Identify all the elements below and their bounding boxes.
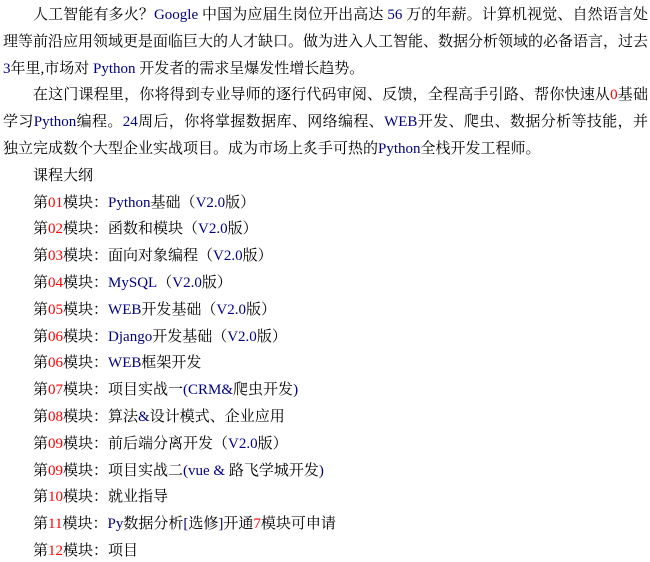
text-run: 模块：	[63, 275, 108, 291]
highlight-number: 03	[48, 248, 63, 264]
latin-text-run: &	[138, 409, 150, 425]
latin-text-run: V2.0	[228, 436, 258, 452]
highlight-number: 05	[48, 302, 63, 318]
text-run: 爬虫开发	[233, 382, 293, 398]
text-run: 周后，你将掌握数据库、网络编程、	[138, 114, 384, 130]
text-run: 第	[33, 275, 48, 291]
latin-text-run: Python	[93, 61, 136, 77]
highlight-number: 11	[48, 516, 62, 532]
latin-text-run: V2.0	[213, 248, 243, 264]
text-run: 第	[33, 302, 48, 318]
module-line-02: 第02模块：函数和模块（V2.0版）	[3, 216, 648, 243]
text-run: 模块可申请	[261, 516, 336, 532]
latin-text-run: Python	[108, 195, 151, 211]
module-line-10: 第10模块：就业指导	[3, 484, 648, 511]
module-line-09b: 第09模块：项目实战二(vue & 路飞学城开发)	[3, 458, 648, 485]
text-run: 数据分析	[123, 516, 183, 532]
highlight-number: 07	[48, 382, 63, 398]
latin-text-run: WEB	[108, 302, 141, 318]
latin-text-run: 3	[3, 61, 11, 77]
latin-text-run: Python	[378, 141, 421, 157]
text-run: 第	[33, 516, 48, 532]
text-run: 版）	[228, 221, 258, 237]
module-line-09a: 第09模块：前后端分离开发（V2.0版）	[3, 431, 648, 458]
text-run: 中国为应届生岗位开出高达	[198, 7, 387, 23]
text-run: 课程大纲	[33, 168, 93, 184]
text-run: 模块：就业指导	[63, 489, 168, 505]
text-run: 第	[33, 195, 48, 211]
latin-text-run: Google	[154, 7, 198, 23]
latin-text-run: MySQL	[108, 275, 157, 291]
text-run: 开发基础（	[141, 302, 216, 318]
document-body: 人工智能有多火？Google 中国为应届生岗位开出高达 56 万的年薪。计算机视…	[3, 2, 648, 562]
latin-text-run: Python	[34, 114, 77, 130]
highlight-number: 09	[48, 436, 63, 452]
module-line-05: 第05模块：WEB开发基础（V2.0版）	[3, 297, 648, 324]
latin-text-run: )	[319, 463, 324, 479]
latin-text-run: (vue &	[183, 463, 229, 479]
course-outline-heading: 课程大纲	[3, 163, 648, 190]
text-run: 模块：项目	[63, 543, 138, 559]
text-run: 模块：算法	[63, 409, 138, 425]
text-run: 模块：	[63, 329, 108, 345]
highlight-number: 02	[48, 221, 63, 237]
text-run: 路飞学城开发	[229, 463, 319, 479]
latin-text-run: )	[293, 382, 298, 398]
text-run: 版）	[243, 248, 273, 264]
text-run: 模块：	[62, 516, 107, 532]
highlight-number: 7	[253, 516, 261, 532]
latin-text-run: 24	[123, 114, 138, 130]
text-run: 年里,市场对	[11, 61, 94, 77]
module-line-06a: 第06模块：Django开发基础（V2.0版）	[3, 324, 648, 351]
module-line-11: 第11模块：Py数据分析[选修]开通7模块可申请	[3, 511, 648, 538]
text-run: 开通	[223, 516, 253, 532]
text-run: 版）	[257, 329, 287, 345]
latin-text-run: V2.0	[216, 302, 246, 318]
latin-text-run: Django	[108, 329, 152, 345]
text-run: 选修	[188, 516, 218, 532]
highlight-number: 12	[48, 543, 63, 559]
text-run: 模块：	[63, 195, 108, 211]
latin-text-run: V2.0	[198, 221, 228, 237]
text-run: 第	[33, 409, 48, 425]
text-run: 编程。	[76, 114, 122, 130]
text-run: 全栈开发工程师。	[421, 141, 541, 157]
text-run: 第	[33, 543, 48, 559]
intro-paragraph: 人工智能有多火？Google 中国为应届生岗位开出高达 56 万的年薪。计算机视…	[3, 2, 648, 82]
latin-text-run: (CRM&	[183, 382, 233, 398]
text-run: 模块：	[63, 355, 108, 371]
highlight-number: 04	[48, 275, 63, 291]
text-run: 第	[33, 382, 48, 398]
latin-text-run: Py	[107, 516, 123, 532]
latin-text-run: V2.0	[172, 275, 202, 291]
text-run: 第	[33, 463, 48, 479]
text-run: 设计模式、企业应用	[150, 409, 285, 425]
text-run: 版）	[246, 302, 276, 318]
module-line-01: 第01模块：Python基础（V2.0版）	[3, 190, 648, 217]
text-run: 在这门课程里，你将得到专业导师的逐行代码审阅、反馈，全程高手引路、帮你快速从	[33, 87, 610, 103]
text-run: 第	[33, 248, 48, 264]
text-run: 版）	[202, 275, 232, 291]
highlight-number: 06	[48, 329, 63, 345]
highlight-number: 01	[48, 195, 63, 211]
text-run: 基础（	[151, 195, 196, 211]
latin-text-run: 56	[387, 7, 402, 23]
module-line-03: 第03模块：面向对象编程（V2.0版）	[3, 243, 648, 270]
latin-text-run: V2.0	[196, 195, 226, 211]
highlight-number: 06	[48, 355, 63, 371]
highlight-number: 09	[48, 463, 63, 479]
module-line-12: 第12模块：项目	[3, 538, 648, 562]
module-line-07: 第07模块：项目实战一(CRM&爬虫开发)	[3, 377, 648, 404]
text-run: 模块：项目实战二	[63, 463, 183, 479]
text-run: 模块：	[63, 302, 108, 318]
text-run: 开发基础（	[152, 329, 227, 345]
module-line-06b: 第06模块：WEB框架开发	[3, 350, 648, 377]
text-run: 版）	[225, 195, 255, 211]
latin-text-run: WEB	[384, 114, 417, 130]
text-run: 第	[33, 436, 48, 452]
highlight-number: 0	[610, 87, 618, 103]
text-run: 第	[33, 489, 48, 505]
text-run: 开发者的需求呈爆发性增长趋势。	[136, 61, 365, 77]
text-run: 模块：函数和模块（	[63, 221, 198, 237]
text-run: 模块：项目实战一	[63, 382, 183, 398]
module-line-04: 第04模块：MySQL（V2.0版）	[3, 270, 648, 297]
text-run: 第	[33, 355, 48, 371]
latin-text-run: V2.0	[227, 329, 257, 345]
text-run: 版）	[258, 436, 288, 452]
highlight-number: 08	[48, 409, 63, 425]
course-description-paragraph: 在这门课程里，你将得到专业导师的逐行代码审阅、反馈，全程高手引路、帮你快速从0基…	[3, 82, 648, 162]
module-line-08: 第08模块：算法&设计模式、企业应用	[3, 404, 648, 431]
text-run: 第	[33, 221, 48, 237]
text-run: 第	[33, 329, 48, 345]
text-run: 人工智能有多火？	[33, 7, 154, 23]
document-page: 人工智能有多火？Google 中国为应届生岗位开出高达 56 万的年薪。计算机视…	[0, 0, 650, 562]
text-run: 框架开发	[141, 355, 201, 371]
latin-text-run: WEB	[108, 355, 141, 371]
text-run: 模块：面向对象编程（	[63, 248, 213, 264]
text-run: （	[157, 275, 172, 291]
highlight-number: 10	[48, 489, 63, 505]
text-run: 模块：前后端分离开发（	[63, 436, 228, 452]
